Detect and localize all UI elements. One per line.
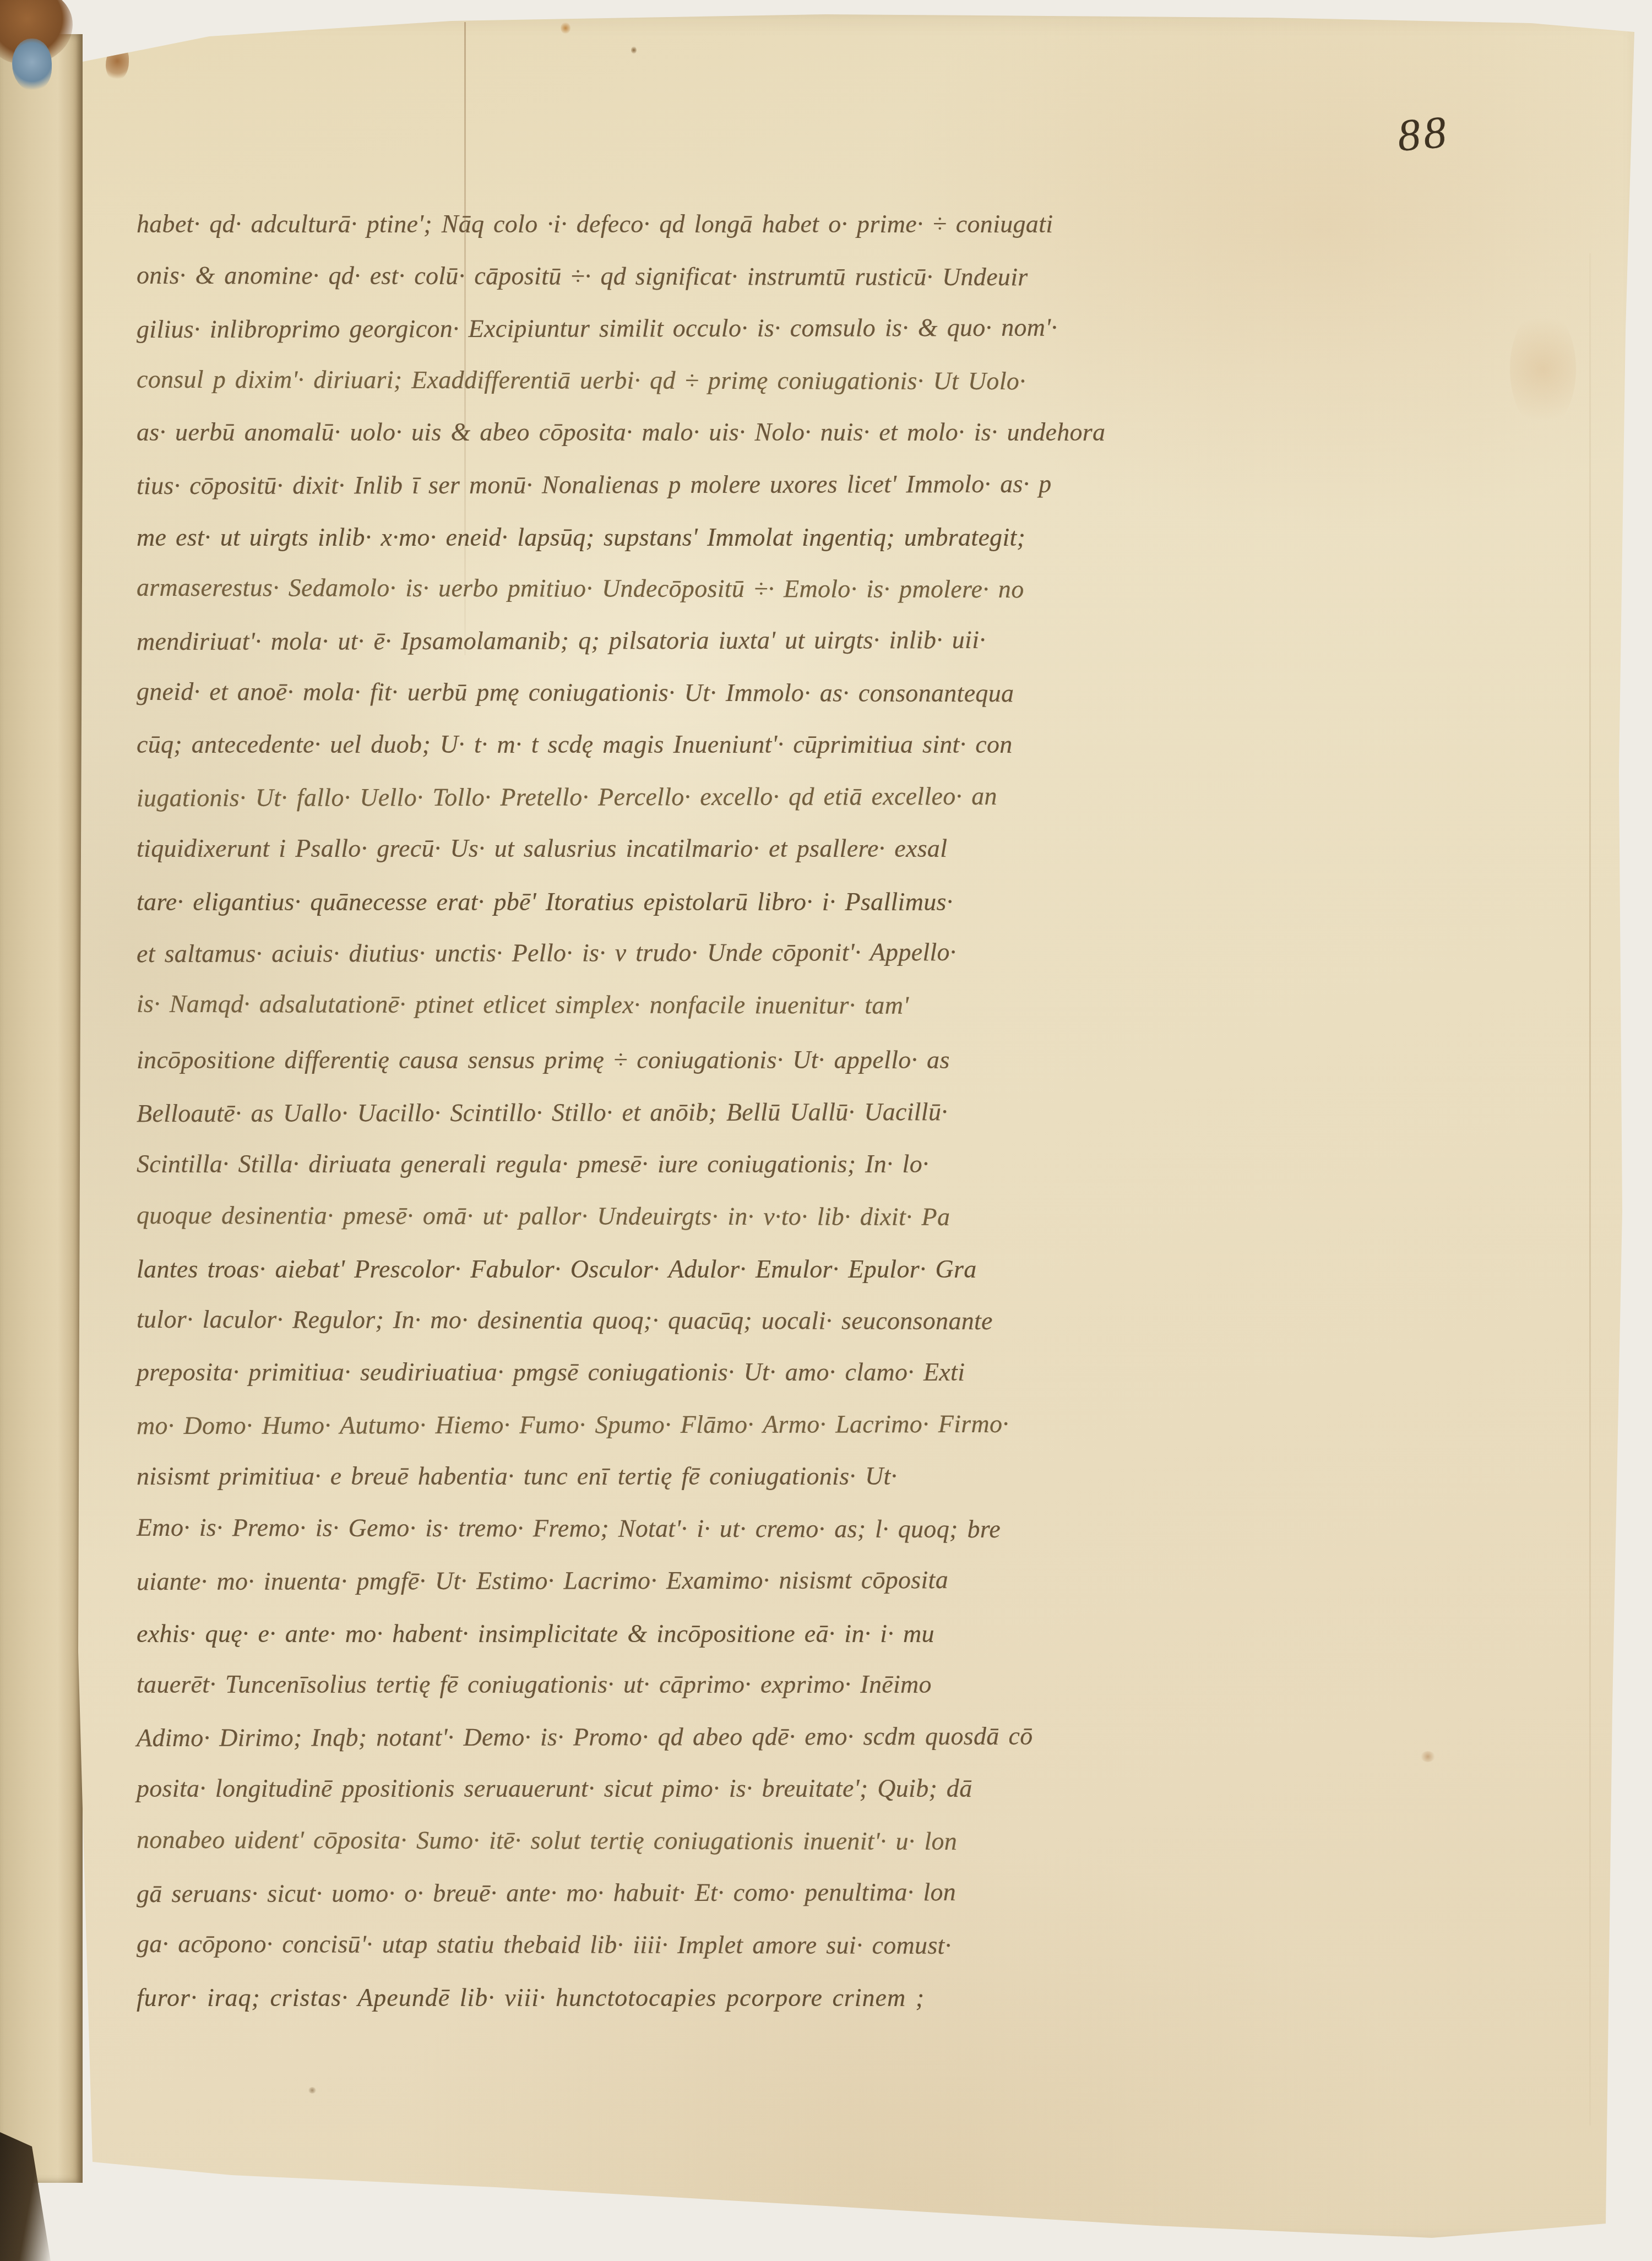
manuscript-line: tare· eligantius· quānecesse erat· pbē' … [137,876,1273,928]
manuscript-line: tius· cōpositū· dixit· Inlib ī ser monū·… [137,457,1273,512]
manuscript-line: tulor· laculor· Regulor; In· mo· desinen… [137,1293,1273,1347]
manuscript-line: iugationis· Ut· fallo· Uello· Tollo· Pre… [137,769,1273,824]
manuscript-line: Emo· is· Premo· is· Gemo· is· tremo· Fre… [137,1501,1273,1556]
stain [561,22,570,34]
manuscript-line: tauerēt· Tuncenīsolius tertię fē coniuga… [137,1659,1273,1711]
manuscript-line: furor· iraq; cristas· Apeundē lib· viii·… [137,1972,1273,2024]
manuscript-line: as· uerbū anomalū· uolo· uis & abeo cōpo… [137,406,1273,459]
manuscript-line: me est· ut uirgts inlib· x·mo· eneid· la… [137,512,1273,564]
manuscript-line: cūq; antecedente· uel duob; U· t· m· t s… [137,719,1273,771]
ink-speck [308,2087,316,2094]
gutter-leaf-edge [0,34,83,2183]
manuscript-line: uiante· mo· inuenta· pmgfē· Ut· Estimo· … [137,1553,1273,1608]
folio-page-number: 88 [1395,106,1452,162]
parchment-page: 88 habet· qd· adculturā· ptine'; Nāq col… [0,0,1652,2261]
right-edge-crease-line [1589,253,1591,2126]
manuscript-text-block: habet· qd· adculturā· ptine'; Nāq colo ·… [137,198,1273,2023]
stain [106,45,129,80]
manuscript-line: Scintilla· Stilla· diriuata generali reg… [137,1138,1273,1191]
manuscript-line: habet· qd· adculturā· ptine'; Nāq colo ·… [137,198,1273,251]
manuscript-line: consul p dixim'· diriuari; Exaddifferent… [137,353,1273,407]
stain [1510,308,1576,430]
manuscript-line: gā seruans· sicut· uomo· o· breuē· ante·… [137,1866,1273,1920]
ink-speck [631,46,637,54]
manuscript-line: preposita· primitiua· seudiriuatiua· pmg… [137,1346,1273,1399]
manuscript-line: incōpositione differentię causa sensus p… [137,1034,1273,1086]
manuscript-line: exhis· quę· e· ante· mo· habent· insimpl… [137,1608,1273,1660]
manuscript-line: et saltamus· aciuis· diutius· unctis· Pe… [137,926,1273,980]
manuscript-line: mo· Domo· Humo· Autumo· Hiemo· Fumo· Spu… [137,1397,1273,1452]
stain [1421,1751,1435,1762]
manuscript-line: onis· & anomine· qd· est· colū· cāpositū… [137,249,1273,303]
binding-thread-blue [12,39,52,91]
manuscript-line: mendiriuat'· mola· ut· ē· Ipsamolamanib;… [137,613,1273,668]
manuscript-line: tiquidixerunt i Psallo· grecū· Us· ut sa… [137,823,1273,875]
manuscript-line: ga· acōpono· concisū'· utap statiu theba… [137,1917,1273,1972]
manuscript-line: gilius· inlibroprimo georgicon· Excipiun… [137,301,1273,356]
manuscript-line: quoque desinentia· pmesē· omā· ut· pallo… [137,1189,1273,1243]
manuscript-line: gneid· et anoē· mola· fit· uerbū pmę con… [137,665,1273,720]
manuscript-line: armaserestus· Sedamolo· is· uerbo pmitiu… [137,561,1273,616]
manuscript-line: Adimo· Dirimo; Inqb; notant'· Demo· is· … [137,1709,1273,1764]
manuscript-line: posita· longitudinē ppositionis seruauer… [137,1763,1273,1815]
manuscript-line: nisismt primitiua· e breuē habentia· tun… [137,1450,1273,1503]
manuscript-line: Belloautē· as Uallo· Uacillo· Scintillo·… [137,1085,1273,1139]
manuscript-scan: 88 habet· qd· adculturā· ptine'; Nāq col… [0,0,1652,2261]
manuscript-line: nonabeo uident' cōposita· Sumo· itē· sol… [137,1813,1273,1868]
manuscript-line: lantes troas· aiebat' Prescolor· Fabulor… [137,1243,1273,1296]
manuscript-line: is· Namqd· adsalutationē· ptinet etlicet… [137,977,1273,1032]
